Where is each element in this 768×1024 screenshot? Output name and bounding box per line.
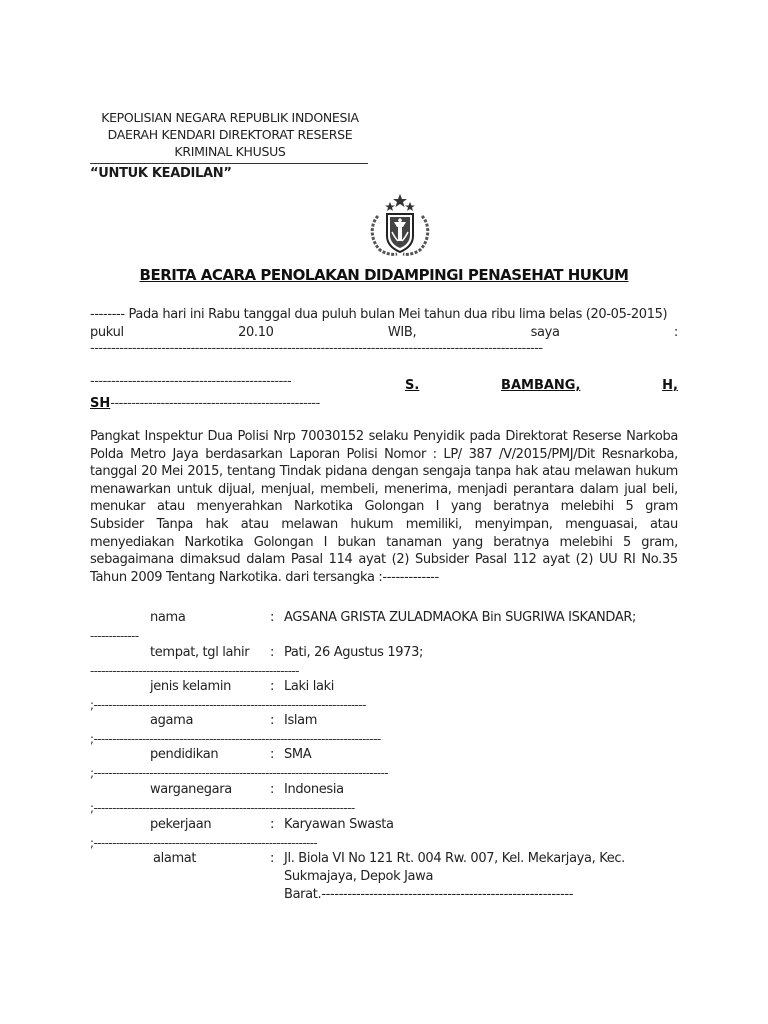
case-paragraph: PangkatInspekturDuaPolisiNrp70030152sela… xyxy=(90,428,678,586)
opening-line-1: -------- Pada hari ini Rabu tanggal dua … xyxy=(90,306,678,324)
paragraph-word: menerima, xyxy=(384,481,451,499)
paragraph-word: menyediakan xyxy=(90,534,174,552)
paragraph-line: menukarataumenyerahkanNarkotikaGolonganI… xyxy=(90,498,678,516)
field-label: alamat xyxy=(153,851,196,866)
field-colon: : xyxy=(270,645,274,660)
paragraph-word: perantara xyxy=(513,481,574,499)
field-colon: : xyxy=(270,713,274,728)
paragraph-word: Laporan xyxy=(289,446,340,464)
field-separator: ;---------------------------------------… xyxy=(90,836,317,850)
field-label: pendidikan xyxy=(150,747,218,762)
paragraph-word: dijual, xyxy=(218,481,255,499)
field-separator: ----------------------------------------… xyxy=(90,664,299,678)
paragraph-line: PoldaMetroJayaberdasarkanLaporanPolisiNo… xyxy=(90,446,678,464)
paragraph-word: menukar xyxy=(90,498,145,516)
paragraph-word: bukan xyxy=(337,534,375,552)
paragraph-word: LP/ xyxy=(443,446,461,464)
paragraph-word: 20 xyxy=(141,463,157,481)
paragraph-word: yang xyxy=(452,534,483,552)
paragraph-word: menjadi xyxy=(457,481,507,499)
paragraph-word: berdasarkan xyxy=(205,446,282,464)
paragraph-word: pada xyxy=(469,428,500,446)
paragraph-word: jual xyxy=(624,481,646,499)
paragraph-word: atau xyxy=(650,516,678,534)
paragraph-word: gram xyxy=(645,498,678,516)
paragraph-word: atau xyxy=(157,498,185,516)
paragraph-word: Dua xyxy=(208,428,233,446)
header-line-1: KEPOLISIAN NEGARA REPUBLIK INDONESIA xyxy=(90,110,370,125)
paragraph-word: melebihi xyxy=(559,534,612,552)
field-separator: ------------- xyxy=(90,629,139,643)
paragraph-word: Subsider xyxy=(90,516,144,534)
paragraph-word: Tindak xyxy=(280,463,321,481)
paragraph-word: tentang xyxy=(227,463,275,481)
paragraph-word: dimaksud xyxy=(180,551,241,569)
paragraph-word: Resnarkoba, xyxy=(602,446,678,464)
paragraph-word: 5 xyxy=(626,498,634,516)
paragraph-word: /V/2015/PMJ/Dit xyxy=(499,446,595,464)
paragraph-word: tanggal xyxy=(90,463,137,481)
paragraph-word: Penyidik xyxy=(413,428,465,446)
paragraph-word: Pasal xyxy=(291,551,323,569)
paragraph-word: menyimpan, xyxy=(475,516,553,534)
field-separator: ;---------------------------------------… xyxy=(90,766,388,780)
paragraph-word: No.35 xyxy=(641,551,677,569)
paragraph-word: selaku xyxy=(369,428,409,446)
field-value: AGSANA GRISTA ZULADMAOKA Bin SUGRIWA ISK… xyxy=(284,610,636,625)
paragraph-word: untuk xyxy=(177,481,213,499)
paragraph-word: 112 xyxy=(513,551,537,569)
paragraph-word: gram, xyxy=(641,534,678,552)
paragraph-word: sengaja xyxy=(423,463,471,481)
signer-name: S. BAMBANG, H, xyxy=(405,378,678,393)
paragraph-word: tanaman xyxy=(386,534,442,552)
field-value: Pati, 26 Agustus 1973; xyxy=(284,645,423,660)
field-colon: : xyxy=(270,817,274,832)
paragraph-line: menyediakanNarkotikaGolonganIbukantanama… xyxy=(90,534,678,552)
paragraph-word: Polisi xyxy=(347,446,378,464)
field-separator: ;---------------------------------------… xyxy=(90,732,381,746)
paragraph-word: 70030152 xyxy=(300,428,363,446)
paragraph-word: menjual, xyxy=(261,481,315,499)
header-line-3: KRIMINAL KHUSUS xyxy=(90,144,370,159)
opening-dash-line: ----------------------------------------… xyxy=(90,340,600,358)
field-value: Indonesia xyxy=(284,782,344,797)
field-colon: : xyxy=(270,679,274,694)
field-value: Barat.----------------------------------… xyxy=(284,887,573,902)
paragraph-line: tanggal20Mei2015,tentangTindakpidanadeng… xyxy=(90,463,678,481)
opening-word: : xyxy=(674,324,678,342)
paragraph-word: Subsider xyxy=(415,551,469,569)
paragraph-word: atau xyxy=(542,463,570,481)
paragraph-word: Narkotika xyxy=(184,534,243,552)
paragraph-line: Tahun 2009 Tentang Narkotika. dari tersa… xyxy=(90,569,678,587)
paragraph-word: (2) xyxy=(576,551,593,569)
paragraph-word: 114 xyxy=(329,551,353,569)
paragraph-word: tanpa xyxy=(475,463,511,481)
field-value: Sukmajaya, Depok Jawa xyxy=(284,869,433,884)
paragraph-word: melawan xyxy=(574,463,631,481)
paragraph-word: pidana xyxy=(325,463,367,481)
paragraph-word: I xyxy=(324,534,327,552)
signer-word: BAMBANG, xyxy=(501,378,580,393)
paragraph-word: Pangkat xyxy=(90,428,140,446)
paragraph-word: RI xyxy=(623,551,635,569)
field-value: Islam xyxy=(284,713,317,728)
paragraph-word: yang xyxy=(451,498,482,516)
paragraph-word: Tanpa xyxy=(157,516,193,534)
paragraph-word: Narkotika xyxy=(294,498,353,516)
field-separator: ;---------------------------------------… xyxy=(90,698,366,712)
police-emblem-icon xyxy=(364,192,436,258)
paragraph-word: Direktorat xyxy=(505,428,567,446)
paragraph-word: Jaya xyxy=(172,446,198,464)
paragraph-word: 2015, xyxy=(187,463,222,481)
paragraph-word: melebihi xyxy=(561,498,614,516)
paragraph-word: Pasal xyxy=(475,551,507,569)
paragraph-word: Reserse xyxy=(572,428,621,446)
paragraph-word: UU xyxy=(599,551,617,569)
paragraph-word: dalam xyxy=(246,551,285,569)
field-separator: ;---------------------------------------… xyxy=(90,801,355,815)
paragraph-word: dengan xyxy=(371,463,418,481)
field-value: Karyawan Swasta xyxy=(284,817,394,832)
header-divider xyxy=(90,163,368,164)
paragraph-word: : xyxy=(433,446,437,464)
paragraph-word: ayat xyxy=(542,551,569,569)
signer-word: S. xyxy=(405,378,419,393)
field-colon: : xyxy=(270,851,274,866)
paragraph-word: Metro xyxy=(130,446,166,464)
signer-word: H, xyxy=(662,378,678,393)
field-label: jenis kelamin xyxy=(150,679,231,694)
field-value: Laki laki xyxy=(284,679,334,694)
paragraph-word: menguasai, xyxy=(565,516,637,534)
motto: “UNTUK KEADILAN” xyxy=(90,166,232,181)
header-line-2: DAERAH KENDARI DIREKTORAT RESERSE xyxy=(90,127,370,142)
paragraph-word: Narkoba xyxy=(626,428,678,446)
paragraph-word: Nomor xyxy=(384,446,426,464)
field-value: Jl. Biola VI No 121 Rt. 004 Rw. 007, Kel… xyxy=(284,851,625,866)
field-colon: : xyxy=(270,747,274,762)
paragraph-word: 387 xyxy=(469,446,493,464)
signer-suffix-text: SH xyxy=(90,396,110,411)
paragraph-word: beli, xyxy=(652,481,678,499)
paragraph-word: menawarkan xyxy=(90,481,171,499)
paragraph-word: sebagaimana xyxy=(90,551,174,569)
document-title: BERITA ACARA PENOLAKAN DIDAMPINGI PENASE… xyxy=(90,266,678,284)
paragraph-word: dalam xyxy=(580,481,619,499)
paragraph-word: Golongan xyxy=(365,498,425,516)
paragraph-word: Inspektur xyxy=(145,428,203,446)
field-label: agama xyxy=(150,713,193,728)
field-label: nama xyxy=(150,610,185,625)
paragraph-word: hukum xyxy=(350,516,393,534)
paragraph-word: 5 xyxy=(623,534,631,552)
paragraph-word: memiliki, xyxy=(406,516,462,534)
paragraph-word: hak xyxy=(206,516,229,534)
paragraph-word: Polda xyxy=(90,446,123,464)
paragraph-word: ayat xyxy=(358,551,385,569)
paragraph-word: Golongan xyxy=(254,534,314,552)
paragraph-word: atau xyxy=(241,516,269,534)
signer-suffix: SH--------------------------------------… xyxy=(90,396,320,411)
paragraph-line: sebagaimanadimaksuddalamPasal114ayat(2)S… xyxy=(90,551,678,569)
signer-suffix-dashes: ----------------------------------------… xyxy=(110,396,320,411)
paragraph-line: menawarkanuntukdijual,menjual,membeli,me… xyxy=(90,481,678,499)
paragraph-word: menyerahkan xyxy=(197,498,283,516)
signer-dash-line: ----------------------------------------… xyxy=(90,373,322,391)
field-label: tempat, tgl lahir xyxy=(150,645,249,660)
paragraph-word: Nrp xyxy=(273,428,295,446)
paragraph-word: Mei xyxy=(161,463,183,481)
paragraph-word: melawan xyxy=(281,516,338,534)
paragraph-word: hak xyxy=(515,463,538,481)
paragraph-word: Polisi xyxy=(238,428,269,446)
field-label: pekerjaan xyxy=(150,817,211,832)
paragraph-word: beratnya xyxy=(493,498,549,516)
paragraph-word: hukum xyxy=(635,463,678,481)
paragraph-line: SubsiderTanpahakataumelawanhukummemiliki… xyxy=(90,516,678,534)
paragraph-word: beratnya xyxy=(493,534,549,552)
field-label: warganegara xyxy=(150,782,232,797)
paragraph-line: PangkatInspekturDuaPolisiNrp70030152sela… xyxy=(90,428,678,446)
paragraph-word: I xyxy=(436,498,439,516)
paragraph-word: (2) xyxy=(392,551,409,569)
field-value: SMA xyxy=(284,747,311,762)
paragraph-word: membeli, xyxy=(320,481,378,499)
field-colon: : xyxy=(270,782,274,797)
field-colon: : xyxy=(270,610,274,625)
